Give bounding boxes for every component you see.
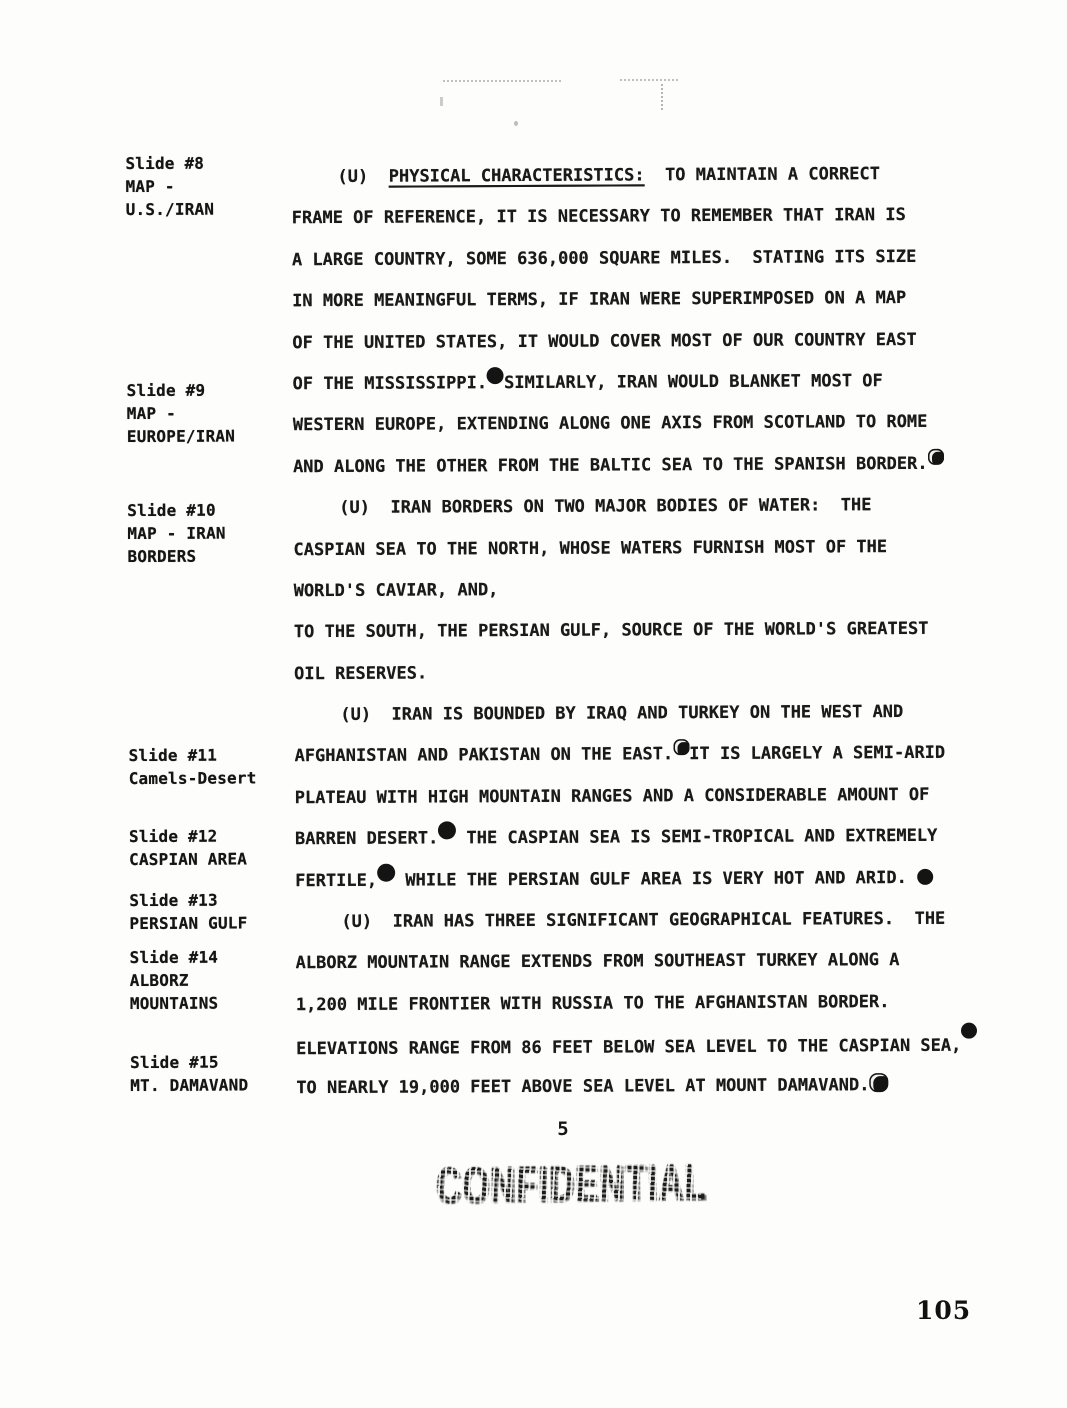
body-text-segment: AFGHANISTAN AND PAKISTAN ON THE EAST.	[295, 745, 674, 767]
page-number: 5	[548, 1118, 578, 1140]
section-heading: PHYSICAL CHARACTERISTICS:	[389, 165, 645, 186]
slide-annotation: Slide #15MT. DAMAVAND	[130, 1050, 248, 1097]
body-text-segment: ALBORZ MOUNTAIN RANGE EXTENDS FROM SOUTH…	[296, 950, 900, 973]
slide-annotation: Slide #11Camels-Desert	[128, 743, 256, 790]
body-line: OF THE MISSISSIPPI.SIMILARLY, IRAN WOULD…	[293, 360, 1013, 405]
body-line: TO NEARLY 19,000 FEET ABOVE SEA LEVEL AT…	[296, 1064, 1016, 1109]
slide-annotations: Slide #8MAP -U.S./IRANSlide #9MAP -EUROP…	[0, 0, 1064, 3]
body-line: TO THE SOUTH, THE PERSIAN GULF, SOURCE O…	[294, 609, 1014, 654]
body-text-segment: OF THE MISSISSIPPI.	[293, 373, 488, 394]
body-text-segment: ELEVATIONS RANGE FROM 86 FEET BELOW SEA …	[296, 1036, 961, 1059]
body-text-segment: OF THE UNITED STATES, IT WOULD COVER MOS…	[292, 329, 916, 352]
ink-dot-mark	[673, 740, 689, 756]
body-line: OIL RESERVES.	[294, 650, 1014, 695]
body-line: WESTERN EUROPE, EXTENDING ALONG ONE AXIS…	[293, 402, 1013, 447]
slide-annotation: Slide #14ALBORZMOUNTAINS	[130, 946, 219, 1015]
body-line: A LARGE COUNTRY, SOME 636,000 SQUARE MIL…	[292, 236, 1012, 281]
body-text-segment: TO MAINTAIN A CORRECT	[645, 164, 881, 185]
body-text-segment: (U)	[337, 167, 388, 187]
body-text-segment: BARREN DESERT.	[295, 829, 438, 850]
body-text-segment: WESTERN EUROPE, EXTENDING ALONG ONE AXIS…	[293, 412, 928, 435]
document-page: Slide #8MAP -U.S./IRANSlide #9MAP -EUROP…	[0, 0, 1067, 1408]
body-line: BARREN DESERT. THE CASPIAN SEA IS SEMI-T…	[295, 816, 1015, 861]
body-text-segment: CASPIAN SEA TO THE NORTH, WHOSE WATERS F…	[293, 537, 887, 560]
body-line: 1,200 MILE FRONTIER WITH RUSSIA TO THE A…	[296, 981, 1016, 1026]
body-line: AFGHANISTAN AND PAKISTAN ON THE EAST.IT …	[294, 733, 1014, 778]
body-text-segment: THE CASPIAN SEA IS SEMI-TROPICAL AND EXT…	[456, 826, 937, 849]
body-text-segment: 1,200 MILE FRONTIER WITH RUSSIA TO THE A…	[296, 992, 890, 1015]
slide-annotation: Slide #9MAP -EUROPE/IRAN	[127, 378, 236, 448]
slide-annotation: Slide #12CASPIAN AREA	[129, 824, 247, 871]
body-line: IN MORE MEANINGFUL TERMS, IF IRAN WERE S…	[292, 278, 1012, 323]
body-text-segment: TO THE SOUTH, THE PERSIAN GULF, SOURCE O…	[294, 619, 929, 642]
body-line: WORLD'S CAVIAR, AND,	[294, 567, 1014, 612]
confidential-stamp: CONFIDENTIAL	[435, 1148, 696, 1228]
ink-dot-mark	[869, 1073, 888, 1092]
ink-dot-mark	[487, 367, 504, 384]
body-line: AND ALONG THE OTHER FROM THE BALTIC SEA …	[293, 443, 1013, 488]
body-line: (U) IRAN IS BOUNDED BY IRAQ AND TURKEY O…	[294, 691, 1014, 736]
body-text-segment: WORLD'S CAVIAR, AND,	[294, 580, 499, 601]
body-text-segment: FERTILE,	[295, 870, 377, 890]
body-text-segment: (U) IRAN IS BOUNDED BY IRAQ AND TURKEY O…	[340, 702, 903, 725]
body-line: ALBORZ MOUNTAIN RANGE EXTENDS FROM SOUTH…	[296, 940, 1016, 985]
body-text-segment: AND ALONG THE OTHER FROM THE BALTIC SEA …	[293, 454, 928, 477]
body-line: ELEVATIONS RANGE FROM 86 FEET BELOW SEA …	[296, 1023, 1016, 1068]
body-text-segment: OIL RESERVES.	[294, 663, 427, 684]
body-line: (U) IRAN BORDERS ON TWO MAJOR BODIES OF …	[293, 485, 1013, 530]
body-line: (U) IRAN HAS THREE SIGNIFICANT GEOGRAPHI…	[295, 898, 1015, 943]
body-line: OF THE UNITED STATES, IT WOULD COVER MOS…	[292, 319, 1012, 364]
body-text-segment: TO NEARLY 19,000 FEET ABOVE SEA LEVEL AT…	[296, 1075, 869, 1098]
body-text-segment: A LARGE COUNTRY, SOME 636,000 SQUARE MIL…	[292, 247, 916, 270]
body-text-segment: WHILE THE PERSIAN GULF AREA IS VERY HOT …	[395, 868, 917, 891]
body-text-segment: PLATEAU WITH HIGH MOUNTAIN RANGES AND A …	[295, 785, 930, 808]
body-text: (U) PHYSICAL CHARACTERISTICS: TO MAINTAI…	[291, 153, 1016, 1109]
slide-annotation: Slide #10MAP - IRANBORDERS	[127, 499, 226, 569]
body-text-segment: (U) IRAN HAS THREE SIGNIFICANT GEOGRAPHI…	[341, 909, 945, 932]
body-line: FRAME OF REFERENCE, IT IS NECESSARY TO R…	[292, 195, 1012, 240]
slide-annotation: Slide #13PERSIAN GULF	[129, 888, 247, 935]
slide-annotation: Slide #8MAP -U.S./IRAN	[125, 152, 214, 221]
body-line: (U) PHYSICAL CHARACTERISTICS: TO MAINTAI…	[291, 153, 1011, 198]
body-line: FERTILE, WHILE THE PERSIAN GULF AREA IS …	[295, 857, 1015, 902]
ink-dot-mark	[961, 1023, 977, 1039]
body-line: PLATEAU WITH HIGH MOUNTAIN RANGES AND A …	[295, 774, 1015, 819]
body-line: CASPIAN SEA TO THE NORTH, WHOSE WATERS F…	[293, 526, 1013, 571]
stamp-text: CONFIDENTIAL	[436, 1154, 707, 1216]
body-text-segment: IT IS LARGELY A SEMI-ARID	[689, 743, 945, 764]
body-text-segment: IN MORE MEANINGFUL TERMS, IF IRAN WERE S…	[292, 288, 906, 311]
body-text-segment: FRAME OF REFERENCE, IT IS NECESSARY TO R…	[292, 205, 906, 228]
folio-number: 105	[916, 1296, 971, 1325]
body-text-segment: SIMILARLY, IRAN WOULD BLANKET MOST OF	[504, 371, 883, 393]
body-text-segment: (U) IRAN BORDERS ON TWO MAJOR BODIES OF …	[339, 495, 871, 518]
ink-dot-mark	[917, 868, 933, 884]
ink-dot-mark	[438, 822, 456, 840]
ink-dot-mark	[377, 863, 395, 881]
ink-dot-mark	[928, 449, 944, 465]
